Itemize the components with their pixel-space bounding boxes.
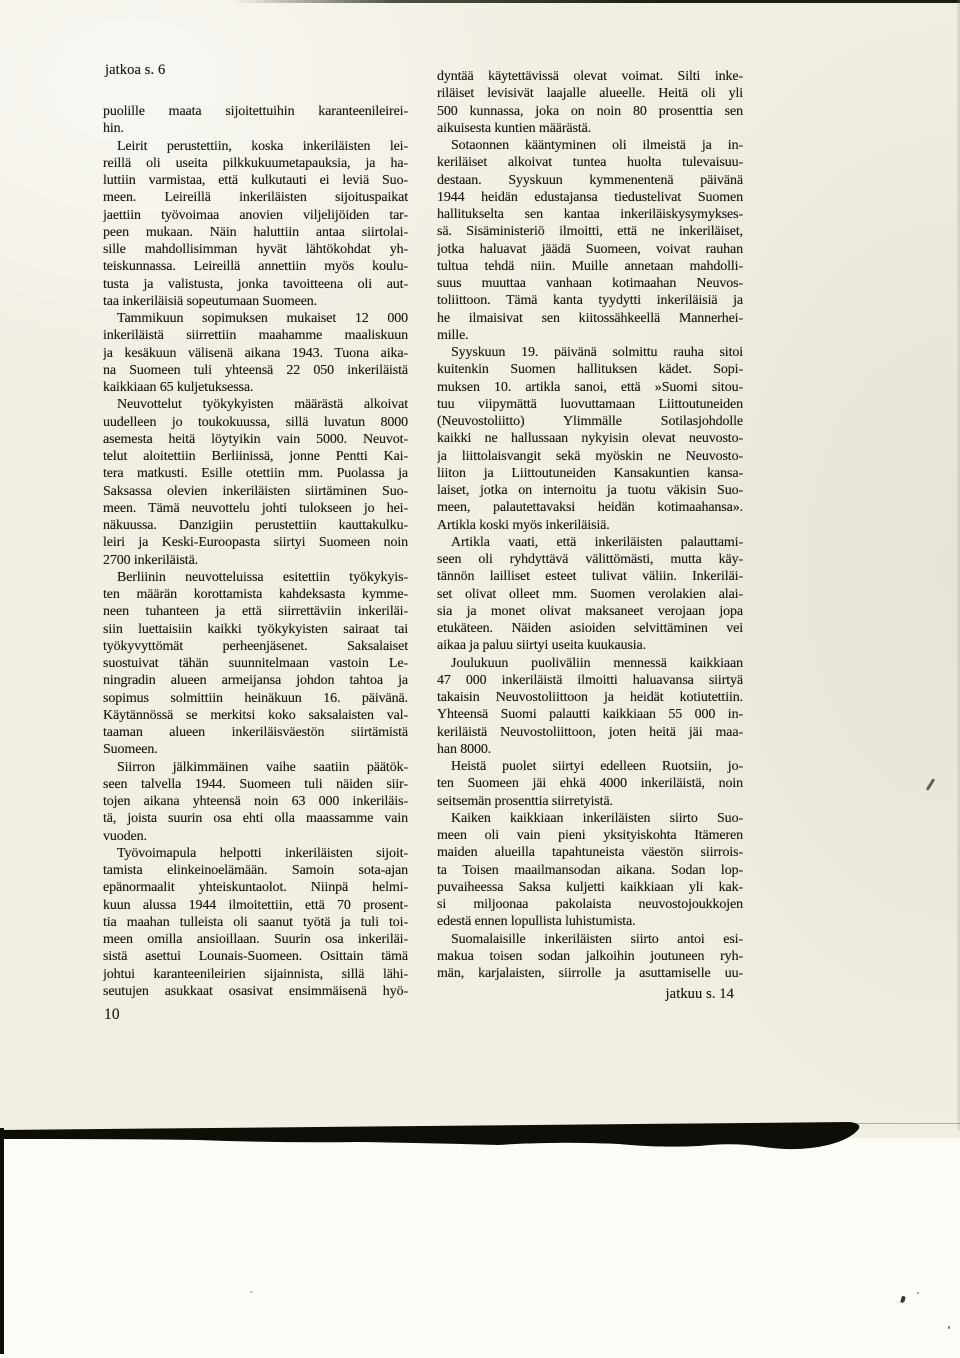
text-line: suostuivat tähän suunnitelmaan vastoin L… — [103, 655, 408, 672]
text-line: Kaiken kaikkiaan inkeriläisten siirto Su… — [437, 810, 743, 827]
text-line: puolille maata sijoitettuihin karanteeni… — [103, 103, 408, 120]
text-line: jaettiin työvoimaa anovien viljelijöiden… — [103, 207, 408, 224]
text-line: meen. Leireillä inkeriläisten sijoituspa… — [103, 189, 408, 206]
scan-shadow-band — [0, 1116, 960, 1160]
text-line: Saksassa olevien inkeriläisten siirtämin… — [103, 483, 408, 500]
text-line: kuitenkin Suomen hallituksen kädet. Sopi… — [437, 361, 743, 378]
text-line: kaikkiaan 65 kuljetuksessa. — [103, 379, 408, 396]
text-line: meen omilla ansioillaan. Suurin osa inke… — [103, 931, 408, 948]
text-line: neen tuhanteen ja että siirrettäviin ink… — [103, 603, 408, 620]
text-line: suus muuttaa vanhaan kotimaahan Neuvos- — [437, 275, 743, 292]
text-line: sia ja monet olivat maksaneet verojaan j… — [437, 603, 743, 620]
text-line: liiton ja Liittoutuneiden Kansakuntien k… — [437, 465, 743, 482]
text-line: 2700 inkeriläistä. — [103, 552, 408, 569]
text-line: si miljoonaa pakolaista neuvostojoukkoje… — [437, 896, 743, 913]
text-line: jotka haluavat jäädä Suomeen, voivat rau… — [437, 241, 743, 258]
text-line: ten määrän korottamista kahdeksasta kymm… — [103, 586, 408, 603]
text-line: keriläiset alkoivat tuntea huolta tuleva… — [437, 154, 743, 171]
text-line: keriläistä Neuvostoliittoon, joten heitä… — [437, 724, 743, 741]
text-line: vuoden. — [103, 828, 408, 845]
next-page-edge — [0, 1138, 960, 1358]
text-line: asemesta heitä löytyikin vain 5000. Neuv… — [103, 431, 408, 448]
text-line: (Neuvostoliitto) Ylimmälle Sotilasjohdol… — [437, 413, 743, 430]
ink-speck — [948, 1326, 950, 1329]
text-line: siin luettaisiin kaikki työkykyisten sai… — [103, 621, 408, 638]
text-line: Syyskuun 19. päivänä solmittu rauha sito… — [437, 344, 743, 361]
text-line: makua toisen sodan jalkoihin joutuneen r… — [437, 948, 743, 965]
text-line: näkuussa. Danzigiin perustettiin kauttak… — [103, 517, 408, 534]
text-line: peen mukaan. Näin haluttiin antaa siirto… — [103, 224, 408, 241]
text-line: Joulukuun puoliväliin mennessä kaikkiaan — [437, 655, 743, 672]
text-line: han 8000. — [437, 741, 743, 758]
right-text-column: dyntää käytettävissä olevat voimat. Silt… — [437, 68, 743, 982]
text-line: reillä oli useita pilkkukuumetapauksia, … — [103, 155, 408, 172]
text-line: seen oli ryhdyttävä välittömästi, mutta … — [437, 551, 743, 568]
text-line: sä. Sisäministeriö ilmoitti, että ne ink… — [437, 223, 743, 240]
text-line: mille. — [437, 327, 743, 344]
text-line: seitsemän prosenttia siirretyistä. — [437, 793, 743, 810]
text-line: sistä asettui Lounais-Suomeen. Osittain … — [103, 948, 408, 965]
text-line: tojen aikana yhteensä noin 63 000 inkeri… — [103, 793, 408, 810]
text-line: Tammikuun sopimuksen mukaiset 12 000 — [103, 310, 408, 327]
text-line: Siirron jälkimmäinen vaihe saatiin päätö… — [103, 759, 408, 776]
page-number: 10 — [104, 1006, 120, 1024]
text-line: aikuisesta kuntien määrästä. — [437, 120, 743, 137]
scan-top-edge-line — [232, 0, 960, 3]
text-line: Heistä puolet siirtyi edelleen Ruotsiin,… — [437, 758, 743, 775]
continued-to-note: jatkuu s. 14 — [437, 986, 734, 1003]
ink-speck — [917, 1292, 919, 1294]
text-line: he ilmaisivat sen kiitossähkeellä Manner… — [437, 310, 743, 327]
text-line: taa inkeriläisiä sopeutumaan Suomeen. — [103, 293, 408, 310]
text-line: sopimus solmittiin heinäkuun 16. päivänä… — [103, 690, 408, 707]
text-line: uudelleen jo toukokuussa, sillä luvatun … — [103, 414, 408, 431]
text-line: tia maahan tulleista oli saanut työtä ja… — [103, 914, 408, 931]
text-line: sille mahdollisimman hyvät lähtökohdat y… — [103, 241, 408, 258]
pen-mark-artifact — [926, 778, 935, 791]
text-line: ningradin alueen armeijansa johdon tahto… — [103, 672, 408, 689]
text-line: meen. Tämä neuvottelu johti tulokseen jo… — [103, 500, 408, 517]
text-line: 47 000 inkeriläistä ilmoitti haluavansa … — [437, 672, 743, 689]
text-line: aikaa ja paluu siirtyi useita kuukausia. — [437, 637, 743, 654]
text-line: destaan. Syyskuun kymmenentenä päivänä — [437, 172, 743, 189]
text-line: Suomalaisille inkeriläisten siirto antoi… — [437, 931, 743, 948]
text-line: 500 kunnassa, joka on noin 80 prosenttia… — [437, 103, 743, 120]
text-line: takaisin Neuvostoliittoon ja heidät koti… — [437, 689, 743, 706]
text-line: Berliinin neuvotteluissa esitettiin työk… — [103, 569, 408, 586]
text-line: työkyvyttömät perheenjäsenet. Saksalaise… — [103, 638, 408, 655]
text-line: Yhteensä Suomi palautti kaikkiaan 55 000… — [437, 706, 743, 723]
text-line: seen talvella 1944. Suomeen tuli näiden … — [103, 776, 408, 793]
text-line: hallitukselta sen kantaa inkeriläiskysym… — [437, 206, 743, 223]
text-line: set olivat olleet mm. Suomen verolakien … — [437, 586, 743, 603]
text-line: luttiin varmistaa, että kulkutauti ei le… — [103, 172, 408, 189]
text-line: leiri ja Keski-Euroopasta siirtyi Suomee… — [103, 534, 408, 551]
text-line: ja liittolaisvangit sekä myöskin ne Neuv… — [437, 448, 743, 465]
text-line: taaman alueen inkeriläisväestön siirtämi… — [103, 724, 408, 741]
text-line: tuu viipymättä luovuttamaan Liittoutunei… — [437, 396, 743, 413]
text-line: ten Suomeen jäi ehkä 4000 inkeriläistä, … — [437, 775, 743, 792]
text-line: Neuvottelut työkykyisten määrästä alkoiv… — [103, 396, 408, 413]
text-line: toliittoon. Tämä kanta tyydytti inkerilä… — [437, 292, 743, 309]
text-line: tännön lailliset esteet tulivat väliin. … — [437, 568, 743, 585]
text-line: johtui karanteenileirien sijainnista, si… — [103, 966, 408, 983]
text-line: puvaiheessa Saksa kuljetti kaikkiaan yli… — [437, 879, 743, 896]
text-line: ja kesäkuun välisenä aikana 1943. Tuona … — [103, 345, 408, 362]
text-line: 1944 heidän edustajansa tiedustelivat Su… — [437, 189, 743, 206]
text-line: män, karjalaisten, siirrolle ja asuttami… — [437, 965, 743, 982]
text-line: edestä ennen lopullista luhistumista. — [437, 913, 743, 930]
text-line: telut aloitettiin Berliinissä, jonne Pen… — [103, 448, 408, 465]
text-line: tä, joista suurin osa ehti olla maassamm… — [103, 810, 408, 827]
text-line: Suomeen. — [103, 741, 408, 758]
text-line: epänormaalit yhteiskuntaolot. Niinpä hel… — [103, 879, 408, 896]
text-line: Leirit perustettiin, koska inkeriläisten… — [103, 138, 408, 155]
text-line: laiset, jotka on internoitu ja tuotu väk… — [437, 482, 743, 499]
text-line: inkeriläistä siirrettiin maahamme maalis… — [103, 327, 408, 344]
text-line: tamista elinkeinoelämään. Samoin sota-aj… — [103, 862, 408, 879]
text-line: ta Toisen maailmansodan aikana. Sodan lo… — [437, 862, 743, 879]
text-line: tultua tehdä niin. Muille annetaan mahdo… — [437, 258, 743, 275]
paper-speck — [250, 1291, 253, 1293]
text-line: na Suomeen tuli yhteensä 22 050 inkerilä… — [103, 362, 408, 379]
text-line: meen, palautettavaksi heidän kotimaahans… — [437, 499, 743, 516]
text-line: Artikla vaati, että inkeriläisten palaut… — [437, 534, 743, 551]
text-line: muksen 10. artikla sanoi, että »Suomi si… — [437, 379, 743, 396]
continued-from-note: jatkoa s. 6 — [105, 62, 165, 79]
text-line: riläiset levisivät laajalle alueelle. He… — [437, 85, 743, 102]
text-line: meen oli vain pieni yksityiskohta Itämer… — [437, 827, 743, 844]
text-line: kuun alussa 1944 ilmoitettiin, että 70 p… — [103, 897, 408, 914]
text-line: dyntää käytettävissä olevat voimat. Silt… — [437, 68, 743, 85]
scan-right-edge-shadow — [956, 0, 960, 1130]
text-line: maiden alueilla tapahtuneista väestön si… — [437, 844, 743, 861]
text-line: Käytännössä se merkitsi koko saksalaiste… — [103, 707, 408, 724]
text-line: hin. — [103, 120, 408, 137]
text-line: Työvoimapula helpotti inkeriläisten sijo… — [103, 845, 408, 862]
text-line: kaikki ne hallussaan nykyisin olevat neu… — [437, 430, 743, 447]
text-line: seutujen asukkaat osasivat ensimmäisenä … — [103, 983, 408, 1000]
text-line: tusta ja valistusta, jonka tavoitteena o… — [103, 276, 408, 293]
text-line: etukäteen. Näiden asioiden selvittäminen… — [437, 620, 743, 637]
text-line: teiskunnassa. Leireillä annettiin myös k… — [103, 258, 408, 275]
text-line: Artikla koski myös inkeriläisiä. — [437, 517, 743, 534]
text-line: tera matkusti. Esille otettiin mm. Puola… — [103, 465, 408, 482]
scan-left-edge-line — [0, 1128, 4, 1354]
text-line: Sotaonnen kääntyminen oli ilmeistä ja in… — [437, 137, 743, 154]
left-text-column: puolille maata sijoitettuihin karanteeni… — [103, 103, 408, 1000]
scanned-page: jatkoa s. 6 puolille maata sijoitettuihi… — [0, 0, 960, 1358]
